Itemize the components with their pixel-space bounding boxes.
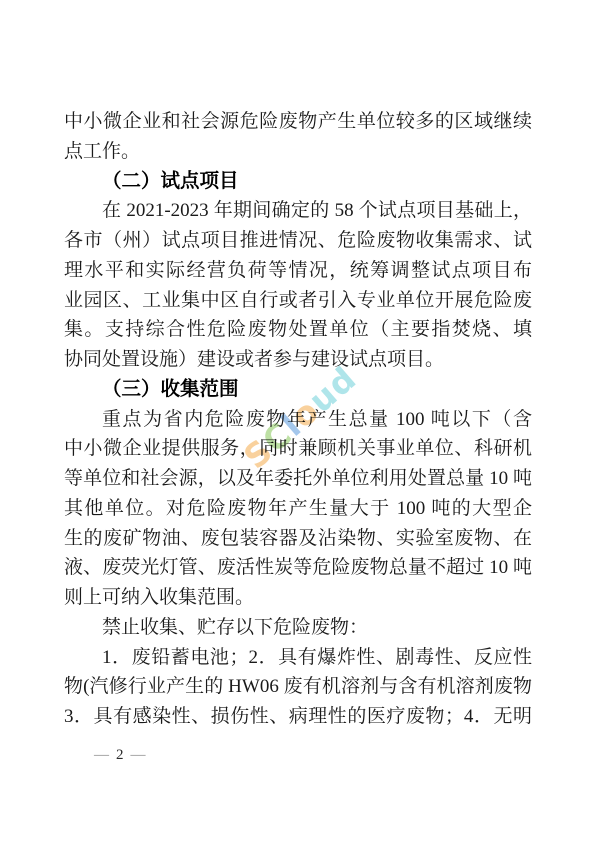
text-line: 重点为省内危险废物年产生总量 100 吨以下（含 100 吨）的 — [64, 405, 532, 435]
text-line: 禁止收集、贮存以下危险废物： — [64, 613, 532, 643]
text-line: 1．废铅蓄电池；2．具有爆炸性、剧毒性、反应性的危险废 — [64, 643, 532, 673]
text-line: 则上可纳入收集范围。 — [64, 583, 532, 613]
text-line: 3．具有感染性、损伤性、病理性的医疗废物；4．无明确利用处 — [64, 702, 532, 732]
section-heading: （二）试点项目 — [64, 167, 532, 197]
text-line: 业园区、工业集中区自行或者引入专业单位开展危险废物集中收 — [64, 286, 532, 316]
page-number: —2— — [94, 744, 146, 766]
text-line: 中小微企业提供服务，同时兼顾机关事业单位、科研机构和学校 — [64, 434, 532, 464]
text-line: 在 2021-2023 年期间确定的 58 个试点项目基础上，可结合 — [64, 196, 532, 226]
text-line: 生的废矿物油、废包装容器及沾染物、实验室废物、在线监测废 — [64, 524, 532, 554]
text-line: 物(汽修行业产生的 HW06 废有机溶剂与含有机溶剂废物除外)； — [64, 672, 532, 702]
text-line: 集。支持综合性危险废物处置单位（主要指焚烧、填埋、水泥窑 — [64, 315, 532, 345]
text-line: 点工作。 — [64, 137, 532, 167]
text-line: 等单位和社会源，以及年委托外单位利用处置总量 10 吨以下的 — [64, 464, 532, 494]
page-number-value: 2 — [116, 747, 124, 763]
document-page: 中小微企业和社会源危险废物产生单位较多的区域继续开展试 点工作。 （二）试点项目… — [0, 0, 595, 841]
text-line: 各市（州）试点项目推进情况、危险废物收集需求、试点单位管 — [64, 226, 532, 256]
text-line: 液、废荧光灯管、废活性炭等危险废物总量不超过 10 吨的，原 — [64, 553, 532, 583]
text-line: 其他单位。对危险废物年产生量大于 100 吨的大型企业，其年产 — [64, 494, 532, 524]
document-text-block: 中小微企业和社会源危险废物产生单位较多的区域继续开展试 点工作。 （二）试点项目… — [64, 107, 532, 732]
text-line: 理水平和实际经营负荷等情况，统筹调整试点项目布局。鼓励工 — [64, 256, 532, 286]
page-number-dash-right: — — [131, 747, 146, 763]
text-line: 中小微企业和社会源危险废物产生单位较多的区域继续开展试 — [64, 107, 532, 137]
page-number-dash-left: — — [94, 747, 109, 763]
text-line: 协同处置设施）建设或者参与建设试点项目。 — [64, 345, 532, 375]
section-heading: （三）收集范围 — [64, 375, 532, 405]
